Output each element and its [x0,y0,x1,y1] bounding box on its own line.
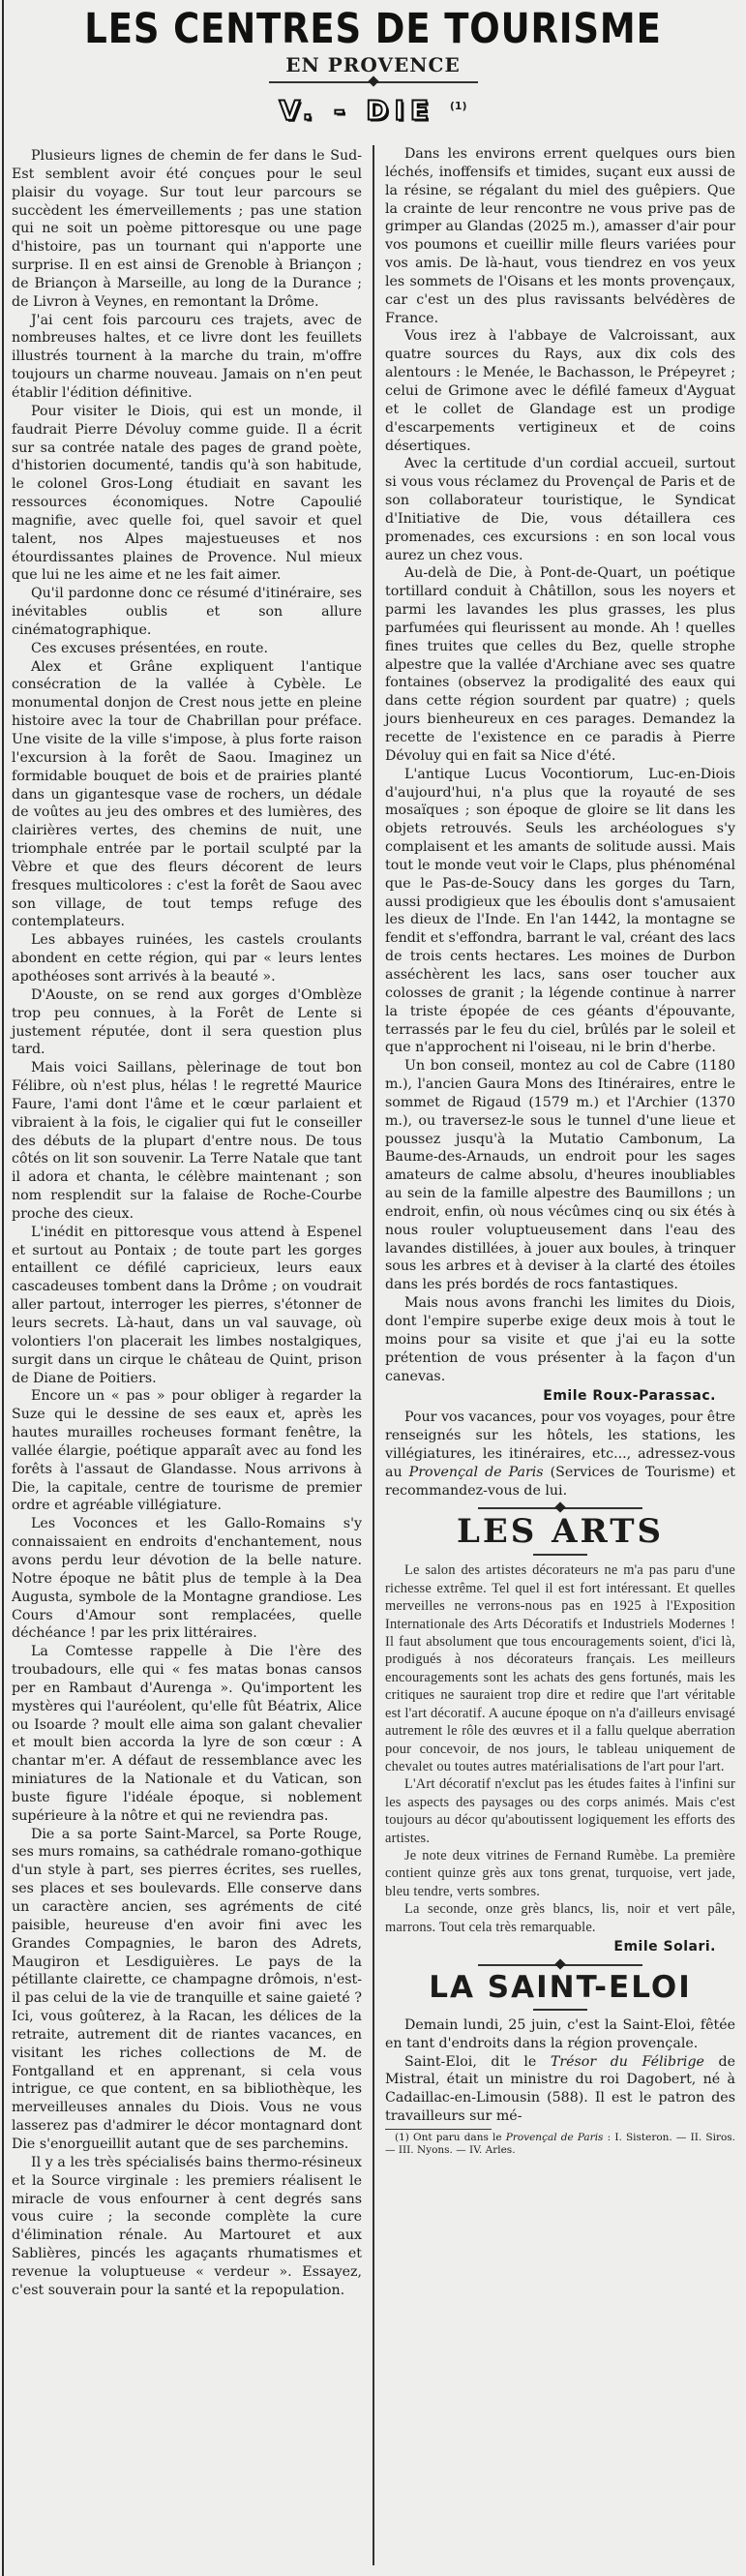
article-paragraph: Vous irez à l'abbaye de Valcroissant, au… [385,327,735,455]
article-paragraph: Avec la certitude d'un cordial accueil, … [385,455,735,564]
article-paragraph: Au-delà de Die, à Pont-de-Quart, un poét… [385,564,735,765]
ornamental-rule [478,1964,642,1966]
part-title: V. - DIE (1) [0,91,746,126]
article-paragraph: La Comtesse rappelle à Die l'ère des tro… [12,1643,362,1825]
saint-eloi-header: LA SAINT-ELOI [385,1964,735,2011]
headline: LES CENTRES DE TOURISME [52,6,694,52]
article-paragraph: L'inédit en pittoresque vous attend à Es… [12,1224,362,1388]
arts-paragraph: Le salon des artistes décorateurs ne m'a… [385,1561,735,1775]
footnote-marker: (1) [450,100,467,112]
footnote-rule [385,2129,492,2130]
article-paragraph: L'antique Lucus Vocontiorum, Luc-en-Dioi… [385,766,735,1058]
saint-eloi-title: LA SAINT-ELOI [385,1970,735,2005]
tourism-notice: Pour vos vacances, pour vos voyages, pou… [385,1409,735,1500]
article-paragraph: Alex et Grâne expliquent l'antique consé… [12,658,362,932]
article-paragraph: Qu'il pardonne donc ce résumé d'itinérai… [12,585,362,640]
saint-eloi-paragraph: Demain lundi, 25 juin, c'est la Saint-El… [385,2016,735,2053]
article-paragraph: Il y a les très spécialisés bains thermo… [12,2154,362,2300]
article-paragraph: Die a sa porte Saint-Marcel, sa Porte Ro… [12,1826,362,2154]
column-left: Plusieurs lignes de chemin de fer dans l… [12,147,362,2300]
ornamental-rule [478,1507,642,1509]
article-paragraph: Mais nous avons franchi les limites du D… [385,1294,735,1385]
footnote-text: (1) Ont paru dans le [395,2132,506,2143]
article-paragraph: J'ai cent fois parcouru ces trajets, ave… [12,312,362,403]
notice-publication: Provençal de Paris [409,1465,544,1480]
arts-paragraph: La seconde, onze grès blancs, lis, noir … [385,1900,735,1936]
article-paragraph: Plusieurs lignes de chemin de fer dans l… [12,147,362,312]
ornamental-rule [269,81,478,83]
saint-eloi-text: Saint-Eloi, dit le [404,2054,551,2070]
arts-title: LES ARTS [385,1513,735,1550]
article-signature: Emile Roux-Parassac. [385,1387,735,1406]
arts-body: Le salon des artistes décorateurs ne m'a… [385,1561,735,1936]
column-right: Dans les environs errent quelques ours b… [385,145,735,2157]
masthead: LES CENTRES DE TOURISME EN PROVENCE V. -… [0,0,746,126]
article-paragraph: Pour visiter le Diois, qui est un monde,… [12,403,362,585]
arts-paragraph: Je note deux vitrines de Fernand Rumèbe.… [385,1847,735,1900]
arts-signature: Emile Solari. [385,1938,735,1956]
article-paragraph: Dans les environs errent quelques ours b… [385,145,735,327]
column-divider [373,145,374,2565]
article-paragraph: Un bon conseil, montez au col de Cabre (… [385,1057,735,1294]
part-title-text: V. - DIE [279,94,434,126]
saint-eloi-work-title: Trésor du Félibrige [551,2054,704,2070]
subhead: EN PROVENCE [0,54,746,76]
arts-header: LES ARTS [385,1507,735,1556]
article-paragraph: Mais voici Saillans, pèlerinage de tout … [12,1059,362,1224]
article-paragraph: Les abbayes ruinées, les castels croulan… [12,931,362,986]
saint-eloi-paragraph: Saint-Eloi, dit le Trésor du Félibrige d… [385,2053,735,2126]
arts-paragraph: L'Art décoratif n'exclut pas les études … [385,1775,735,1847]
title-underline [533,2009,587,2011]
newspaper-page: LES CENTRES DE TOURISME EN PROVENCE V. -… [0,0,746,2576]
footnote-publication: Provençal de Paris [506,2132,604,2143]
page-border [2,0,4,2576]
footnote: (1) Ont paru dans le Provençal de Paris … [385,2132,735,2157]
article-paragraph: Ces excuses présentées, en route. [12,640,362,658]
title-underline [533,1554,587,1556]
article-paragraph: Les Voconces et les Gallo-Romains s'y co… [12,1515,362,1643]
article-paragraph: Encore un « pas » pour obliger à regarde… [12,1387,362,1515]
article-paragraph: D'Aouste, on se rend aux gorges d'Omblèz… [12,986,362,1059]
